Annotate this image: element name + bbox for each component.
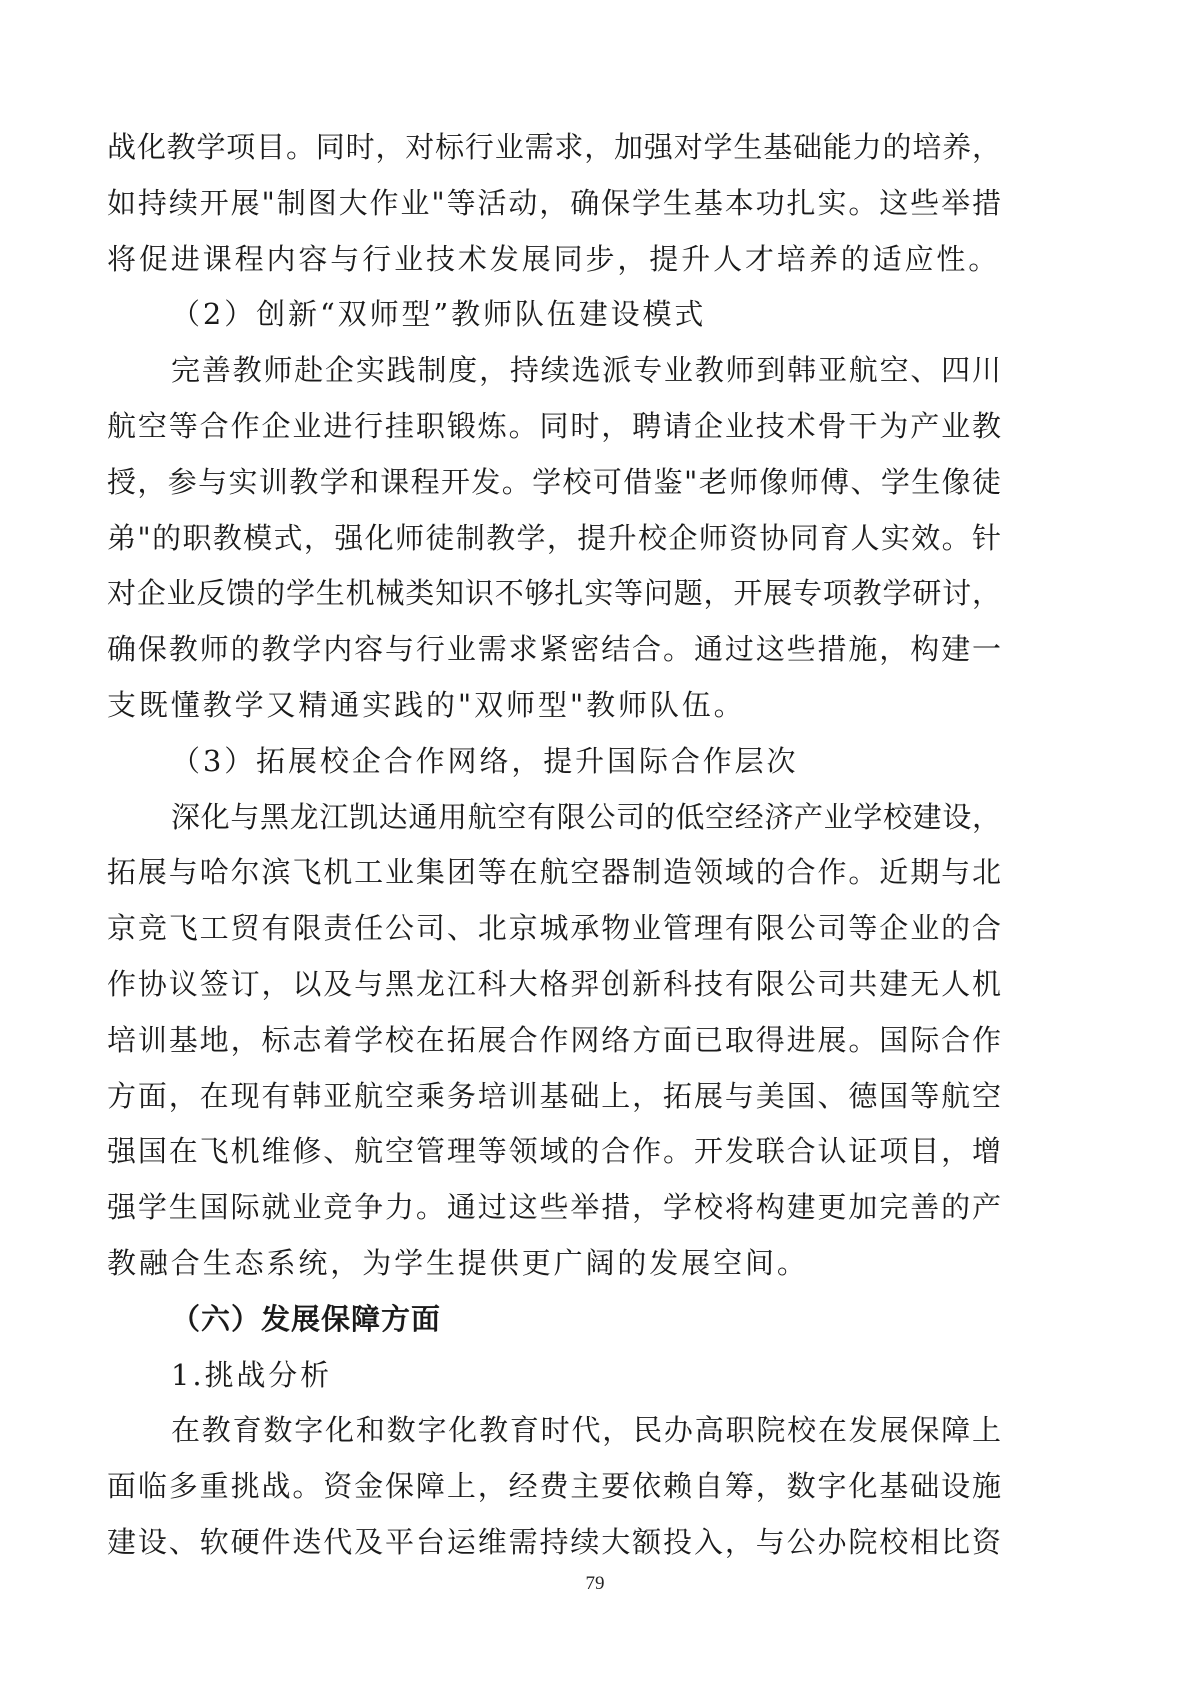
paragraph-line: 弟"的职教模式，强化师徒制教学，提升校企师资协同育人实效。针	[107, 511, 1001, 567]
paragraph-line: 京竞飞工贸有限责任公司、北京城承物业管理有限公司等企业的合	[107, 901, 1001, 957]
paragraph-line: 教融合生态系统，为学生提供更广阔的发展空间。	[107, 1236, 1001, 1292]
paragraph-line: 将促进课程内容与行业技术发展同步，提升人才培养的适应性。	[107, 232, 1001, 288]
paragraph-line: 支既懂教学又精通实践的"双师型"教师队伍。	[107, 678, 1001, 734]
subheading-cooperation-network: （3）拓展校企合作网络，提升国际合作层次	[107, 734, 1001, 790]
page-number: 79	[0, 1573, 1190, 1595]
paragraph-line: 航空等合作企业进行挂职锻炼。同时，聘请企业技术骨干为产业教	[107, 399, 1001, 455]
paragraph-line: 强学生国际就业竞争力。通过这些举措，学校将构建更加完善的产	[107, 1180, 1001, 1236]
paragraph-line: 在教育数字化和数字化教育时代，民办高职院校在发展保障上	[107, 1403, 1001, 1459]
paragraph-line: 完善教师赴企实践制度，持续选派专业教师到韩亚航空、四川	[107, 343, 1001, 399]
paragraph-line: 如持续开展"制图大作业"等活动，确保学生基本功扎实。这些举措	[107, 176, 1001, 232]
section-heading-development-guarantee: （六）发展保障方面	[107, 1292, 1001, 1348]
subheading-dual-teacher: （2）创新“双师型”教师队伍建设模式	[107, 287, 1001, 343]
paragraph-line: 强国在飞机维修、航空管理等领域的合作。开发联合认证项目，增	[107, 1124, 1001, 1180]
paragraph-line: 作协议签订，以及与黑龙江科大格羿创新科技有限公司共建无人机	[107, 957, 1001, 1013]
paragraph-line: 拓展与哈尔滨飞机工业集团等在航空器制造领域的合作。近期与北	[107, 845, 1001, 901]
paragraph-line: 面临多重挑战。资金保障上，经费主要依赖自筹，数字化基础设施	[107, 1459, 1001, 1515]
document-page: 战化教学项目。同时，对标行业需求，加强对学生基础能力的培养， 如持续开展"制图大…	[107, 120, 1001, 1571]
paragraph-line: 建设、软硬件迭代及平台运维需持续大额投入，与公办院校相比资	[107, 1515, 1001, 1571]
subheading-challenge-analysis: 1.挑战分析	[107, 1348, 1001, 1404]
paragraph-line: 深化与黑龙江凯达通用航空有限公司的低空经济产业学校建设，	[107, 790, 1001, 846]
paragraph-line: 对企业反馈的学生机械类知识不够扎实等问题，开展专项教学研讨，	[107, 566, 1001, 622]
paragraph-line: 战化教学项目。同时，对标行业需求，加强对学生基础能力的培养，	[107, 120, 1001, 176]
paragraph-line: 方面，在现有韩亚航空乘务培训基础上，拓展与美国、德国等航空	[107, 1069, 1001, 1125]
paragraph-line: 确保教师的教学内容与行业需求紧密结合。通过这些措施，构建一	[107, 622, 1001, 678]
paragraph-line: 培训基地，标志着学校在拓展合作网络方面已取得进展。国际合作	[107, 1013, 1001, 1069]
paragraph-line: 授，参与实训教学和课程开发。学校可借鉴"老师像师傅、学生像徒	[107, 455, 1001, 511]
